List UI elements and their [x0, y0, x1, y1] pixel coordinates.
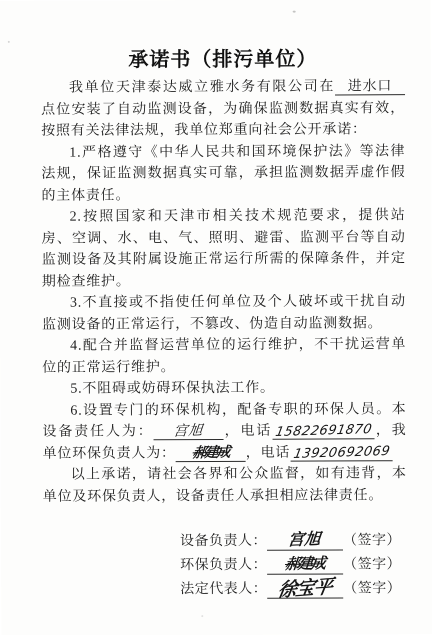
signature-suffix: （签字）: [343, 533, 401, 548]
signature-line: 徐宝平: [267, 578, 343, 598]
document-content: 承诺书（排污单位） 我单位天津泰达威立雅水务有限公司在进水口点位安装了自动监测设…: [41, 45, 407, 603]
signature-line: 郝建成: [267, 555, 343, 574]
signature-suffix: （签字）: [343, 557, 401, 572]
signature-block: 设备负责人：宫旭（签字） 环保负责人：郝建成（签字） 法定代表人：徐宝平（签字）: [180, 529, 401, 602]
signature-label: 法定代表人：: [180, 582, 267, 597]
device-manager-phone-blank: 15822691870: [272, 423, 375, 439]
commitment-item-3: 3.不直接或不指使任何单位及个人破坏或干扰自动监测设备的正常运行，不篡改、伪造自…: [42, 291, 406, 336]
commitment-item-6: 6.设置专门的环保机构，配备专职的环保人员。本设备责任人为：宫旭，电话15822…: [42, 399, 406, 465]
monitoring-point-blank: 进水口: [335, 79, 405, 95]
document-title: 承诺书（排污单位）: [41, 45, 405, 73]
closing-paragraph: 以上承诺，请社会各界和公众监督，如有违背，本单位及环保负责人，设备责任人承担相应…: [43, 463, 407, 508]
signature-line: 宫旭: [267, 531, 343, 550]
env-manager-signature-handwriting: 郝建成: [285, 555, 325, 572]
monitoring-point-value: 进水口: [348, 79, 392, 94]
env-manager-phone-blank: 13920692069: [290, 445, 393, 461]
commitment-item-5: 5.不阻碍或妨碍环保执法工作。: [42, 377, 406, 400]
env-manager-phone-handwriting: 13920692069: [292, 443, 391, 461]
intro-paragraph: 我单位天津泰达威立雅水务有限公司在进水口点位安装了自动监测设备，为确保监测数据真…: [41, 76, 405, 142]
signature-label: 设备负责人：: [180, 534, 267, 549]
signature-suffix: （签字）: [343, 581, 401, 596]
env-manager-name-handwriting: 郝建成: [192, 445, 229, 461]
device-manager-phone-handwriting: 15822691870: [274, 422, 373, 440]
scan-speck: [201, 615, 203, 617]
item6-text-mid1: ，电话: [224, 424, 273, 439]
item6-text-mid3: ，电话: [246, 445, 290, 460]
legal-representative-signature-handwriting: 徐宝平: [276, 579, 333, 599]
device-manager-name-blank: 宫旭: [154, 424, 224, 440]
signature-row-device-manager: 设备负责人：宫旭（签字）: [180, 529, 401, 554]
commitment-item-2: 2.按照国家和天津市相关技术规范要求，提供站房、空调、水、电、气、照明、避雷、监…: [42, 205, 406, 293]
device-manager-signature-handwriting: 宫旭: [288, 531, 323, 548]
commitment-item-1: 1.严格遵守《中华人民共和国环境保护法》等法律法规，保证监测数据真实可靠，承担监…: [41, 141, 405, 207]
commitment-item-4: 4.配合并监督运营单位的运行维护，不干扰运营单位的正常运行维护。: [42, 334, 406, 379]
intro-text-pre: 我单位天津泰达威立雅水务有限公司在: [69, 79, 335, 95]
signature-label: 环保负责人：: [180, 558, 267, 573]
env-manager-name-blank: 郝建成: [176, 445, 246, 461]
intro-text-post: 点位安装了自动监测设备，为确保监测数据真实有效，按照有关法律法规，我单位郑重向社…: [41, 101, 405, 139]
signature-row-env-manager: 环保负责人：郝建成（签字）: [180, 553, 401, 578]
scan-speck: [8, 41, 10, 43]
signature-row-legal-representative: 法定代表人：徐宝平（签字）: [180, 577, 401, 602]
device-manager-name-handwriting: 宫旭: [173, 424, 204, 440]
scan-speck: [293, 11, 296, 13]
scanned-document-page: 承诺书（排污单位） 我单位天津泰达威立雅水务有限公司在进水口点位安装了自动监测设…: [0, 0, 432, 635]
